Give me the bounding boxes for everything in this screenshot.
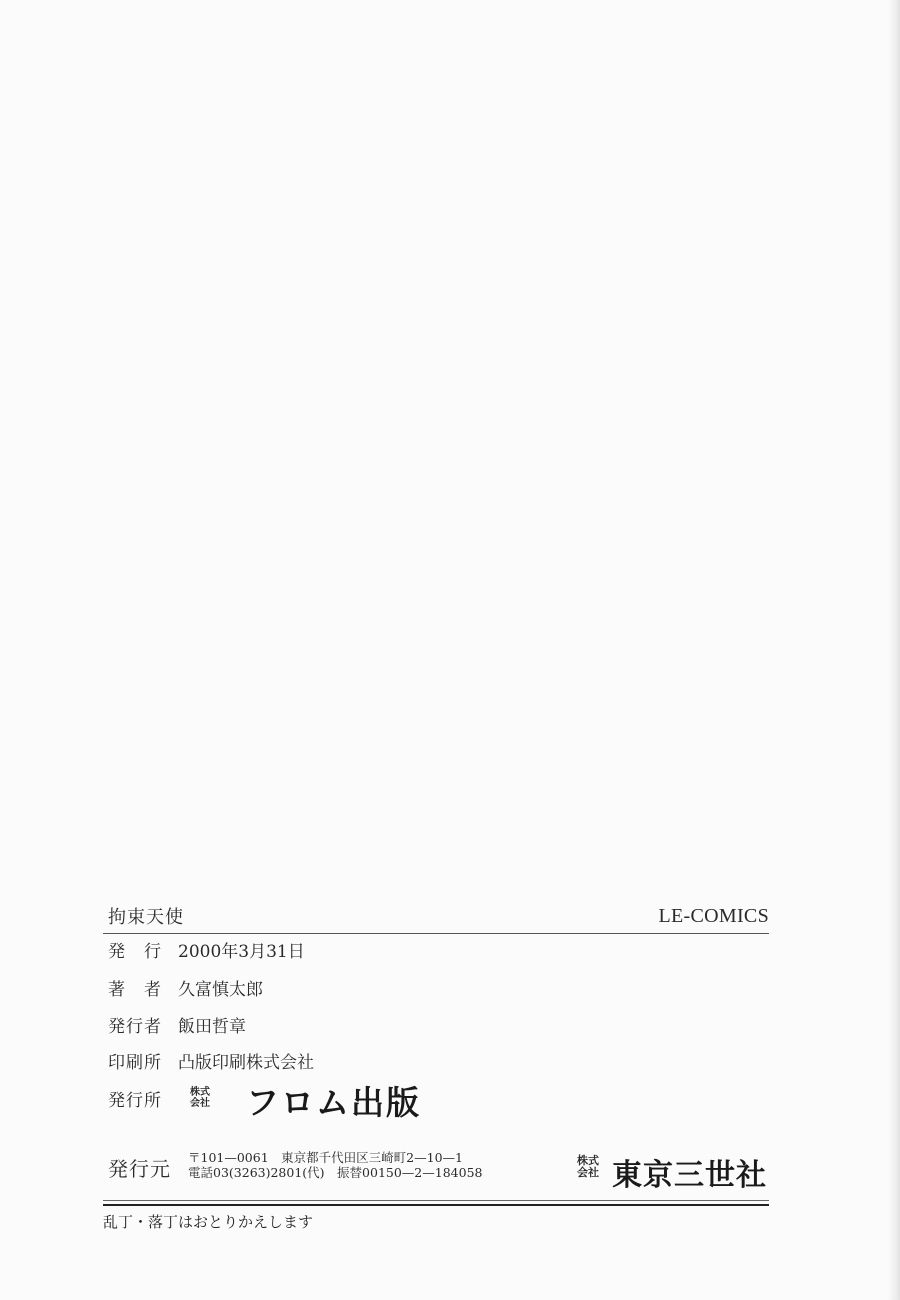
kk-bottom: 会社 bbox=[577, 1167, 599, 1179]
kk-bottom: 会社 bbox=[190, 1098, 210, 1109]
distributor-name: 東京三世社 bbox=[612, 1150, 767, 1194]
divider-thin bbox=[103, 1200, 769, 1201]
address-line-phone: 電話03(3263)2801(代) 振替00150—2—184058 bbox=[188, 1165, 482, 1180]
publisher-logo: フロム出版 bbox=[246, 1077, 421, 1124]
kabushiki-kaisha-mark: 株式 会社 bbox=[190, 1087, 210, 1109]
replacement-notice: 乱丁・落丁はおとりかえします bbox=[103, 1211, 313, 1232]
label-distributor: 発行元 bbox=[108, 1153, 171, 1182]
row-publishing-house: 発行所 株式 会社 フロム出版 bbox=[108, 1086, 508, 1114]
address-line-postal: 〒101—0061 東京都千代田区三崎町2—10—1 bbox=[188, 1150, 482, 1165]
book-title: 拘束天使 bbox=[108, 903, 184, 929]
label-author: 著 者 bbox=[108, 975, 178, 1000]
divider-thick bbox=[103, 1204, 769, 1206]
publisher-person-name: 飯田哲章 bbox=[178, 1012, 246, 1037]
page-edge-shadow bbox=[888, 0, 900, 1300]
author-name: 久富慎太郎 bbox=[178, 975, 263, 1000]
divider-top bbox=[103, 933, 769, 934]
printer-name: 凸版印刷株式会社 bbox=[178, 1048, 314, 1073]
distributor-kk-mark: 株式 会社 bbox=[577, 1155, 599, 1179]
label-publishing-house: 発行所 bbox=[108, 1086, 178, 1111]
kk-top: 株式 bbox=[190, 1087, 210, 1098]
title-row: 拘束天使 LE-COMICS bbox=[103, 898, 769, 932]
distributor-address: 〒101—0061 東京都千代田区三崎町2—10—1 電話03(3263)280… bbox=[188, 1150, 482, 1180]
label-publisher-person: 発行者 bbox=[108, 1012, 178, 1037]
series-name: LE-COMICS bbox=[659, 905, 769, 928]
label-publication: 発 行 bbox=[108, 937, 178, 962]
publication-date: 2000年3月31日 bbox=[178, 937, 305, 962]
label-printer: 印刷所 bbox=[108, 1048, 178, 1073]
